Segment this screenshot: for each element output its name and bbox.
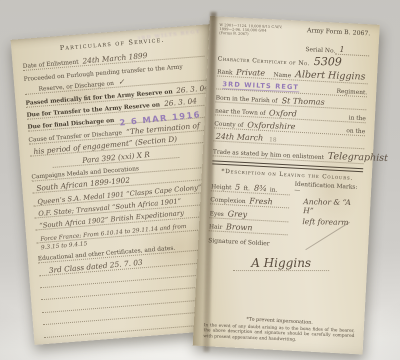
eyes-value: Grey [228, 209, 248, 219]
height-in-value: 8¾ [254, 183, 267, 192]
rank-value: Private [236, 68, 265, 78]
identification-marks-label: Identification Marks:— [294, 182, 362, 198]
town-value: Oxford [269, 108, 297, 118]
eyes-label: Eyes [209, 211, 223, 218]
county-suffix: on the [346, 128, 365, 135]
rank-label: Rank [217, 69, 233, 76]
serial-value: 1 [339, 45, 344, 54]
town-suffix: in the [348, 115, 365, 122]
print-ref-line: (Forms B. 2067) [219, 31, 282, 37]
hair-label: Hair [209, 224, 223, 231]
identification-marks-value-2: left forearm [303, 217, 361, 227]
footnote-block: *To prevent impersonation. In the event … [203, 315, 355, 346]
hair-row: Hair Brown [209, 218, 289, 236]
complexion-value: Fresh [250, 197, 274, 207]
signature-label: Signature of Soldier [208, 237, 359, 252]
army-form-number: Army Form B. 2067. [307, 27, 371, 37]
description-section: Height 5 ft. 8¾ in. Complexion Fresh Eye… [209, 177, 363, 239]
description-left-column: Height 5 ft. 8¾ in. Complexion Fresh Eye… [209, 177, 291, 235]
certificate-number: 5309 [314, 55, 342, 68]
ft-label: ft. [243, 185, 250, 191]
print-reference: W 2901—1124. 10,000 8/15 C.W.V. 1899—2-9… [219, 23, 282, 38]
right-page: W 2901—1124. 10,000 8/15 C.W.V. 1899—2-9… [193, 16, 380, 354]
soldier-signature: A Higgins [233, 256, 329, 271]
hair-value: Brown [226, 222, 253, 232]
in-label: in. [270, 187, 278, 193]
height-label: Height [211, 184, 232, 191]
identification-marks-value-1: Anchor & “A H” [303, 197, 361, 216]
born-value: St Thomas [281, 96, 324, 106]
name-label: Name [273, 72, 291, 79]
photo-background: 3RD WILTS REGT Particulars of Service. D… [0, 0, 400, 360]
birthdate-suffix: 18 [269, 137, 277, 143]
height-ft-value: 5 [235, 182, 240, 191]
trade-label: Trade as stated by him on enlistment [213, 149, 324, 161]
furlough-value: ✓ [117, 77, 124, 87]
trade-value: Telegraphist [328, 151, 388, 164]
faded-stamp: 3RD WILTS REGT [137, 29, 201, 42]
identification-marks-block: Identification Marks:— Anchor & “A H” le… [288, 181, 362, 239]
